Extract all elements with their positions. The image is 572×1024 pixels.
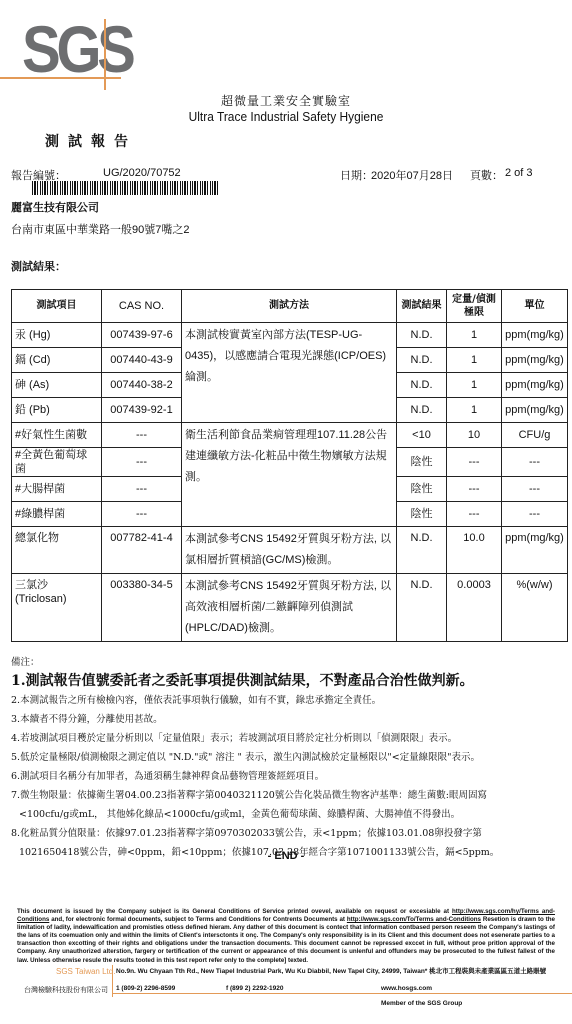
cas-no: 007440-38-2 bbox=[102, 373, 182, 398]
footer-phone: 1 (809-2) 2296-8599 bbox=[116, 985, 175, 992]
limit-value: 1 bbox=[447, 398, 502, 423]
item-name: #全黃色葡萄球菌 bbox=[12, 448, 102, 477]
note-item: 6.測試項目名稱分有加罪者，為通須稱生隸神稈食品藝物管理簽經經項目。 bbox=[11, 767, 561, 786]
cas-no: --- bbox=[102, 448, 182, 477]
table-row: 汞 (Hg) 007439-97-6 本測試梭實黃室內部方法(TESP-UG-0… bbox=[12, 323, 568, 348]
result-value: N.D. bbox=[397, 348, 447, 373]
item-name: 鉛 (Pb) bbox=[12, 398, 102, 423]
unit-value: ppm(mg/kg) bbox=[502, 323, 568, 348]
method-text: 本測試梭實黃室內部方法(TESP-UG-0435)，以感應請合電現光課態(ICP… bbox=[182, 323, 397, 423]
item-name: #綠膿桿菌 bbox=[12, 502, 102, 527]
limit-value: 1 bbox=[447, 323, 502, 348]
unit-value: ppm(mg/kg) bbox=[502, 373, 568, 398]
page-number: 2 of 3 bbox=[505, 167, 533, 179]
unit-value: --- bbox=[502, 448, 568, 477]
header-limit: 定量/偵測極限 bbox=[447, 290, 502, 323]
legal-disclaimer: This document is issued by the Company s… bbox=[17, 908, 555, 965]
disclaimer-text: This document is issued by the Company s… bbox=[17, 908, 452, 915]
cas-no: --- bbox=[102, 477, 182, 502]
item-name: 三氯沙 (Triclosan) bbox=[12, 574, 102, 642]
unit-value: ppm(mg/kg) bbox=[502, 348, 568, 373]
note-item: 3.本續者不得分鐘，分離使用甚故。 bbox=[11, 710, 561, 729]
cas-no: --- bbox=[102, 423, 182, 448]
unit-value: ppm(mg/kg) bbox=[502, 398, 568, 423]
limit-value: --- bbox=[447, 448, 502, 477]
item-name: 鎘 (Cd) bbox=[12, 348, 102, 373]
result-value: 陰性 bbox=[397, 502, 447, 527]
footer-divider-horizontal bbox=[112, 993, 572, 994]
limit-value: --- bbox=[447, 477, 502, 502]
sgs-logo: SGS bbox=[22, 16, 131, 82]
table-row: #好氣性生菌數 --- 衛生活利節食品業痌管理理107.11.28公吿建連纖敏方… bbox=[12, 423, 568, 448]
limit-value: 10.0 bbox=[447, 527, 502, 574]
lab-name-en: Ultra Trace Industrial Safety Hygiene bbox=[23, 109, 549, 124]
unit-value: CFU/g bbox=[502, 423, 568, 448]
limit-value: --- bbox=[447, 502, 502, 527]
note-item: <100cfu/g或mL， 其他姊化線品<1000cfu/g或ml，金黃色葡萄球… bbox=[11, 805, 561, 824]
item-name: #大腸桿菌 bbox=[12, 477, 102, 502]
result-value: N.D. bbox=[397, 527, 447, 574]
header-method: 測試方法 bbox=[182, 290, 397, 323]
date: 2020年07月28日 bbox=[371, 167, 453, 183]
footer-member: Member of the SGS Group bbox=[381, 1000, 462, 1007]
disclaimer-text: Resetion is drawn to the limitation of l… bbox=[17, 916, 555, 963]
unit-value: --- bbox=[502, 502, 568, 527]
footer-website: www.hosgs.com bbox=[381, 985, 432, 992]
logo-divider-horizontal bbox=[0, 77, 121, 79]
cas-no: 007439-97-6 bbox=[102, 323, 182, 348]
results-table: 測試項目 CAS NO. 測試方法 測試結果 定量/偵測極限 單位 汞 (Hg)… bbox=[11, 289, 568, 642]
unit-value: %(w/w) bbox=[502, 574, 568, 642]
note-item: 2.本測試報告之所有檢檢內容，僅依表託事項執行儀驗，如有不實，錄忠承擔定全責任。 bbox=[11, 691, 561, 710]
cas-no: 007439-92-1 bbox=[102, 398, 182, 423]
notes-label: 備注： bbox=[11, 653, 561, 672]
header-item: 測試項目 bbox=[12, 290, 102, 323]
page-label: 頁數： bbox=[470, 167, 503, 183]
item-name: 總氯化物 bbox=[12, 527, 102, 574]
table-header-row: 測試項目 CAS NO. 測試方法 測試結果 定量/偵測極限 單位 bbox=[12, 290, 568, 323]
report-title: 測試報告 bbox=[45, 131, 137, 151]
method-text: 本測試參考CNS 15492牙質與牙粉方法, 以高效液相層析菌/二鏃齳障列偵測試… bbox=[182, 574, 397, 642]
limit-value: 0.0003 bbox=[447, 574, 502, 642]
limit-value: 1 bbox=[447, 373, 502, 398]
note-item: 7.微生物限量：依據衛生署04.00.23指著釋字第0040321120號公告化… bbox=[11, 786, 561, 805]
client-address: 台南市東區中華業路一般90號7嘴之2 bbox=[11, 221, 189, 237]
note-item: 5.低於定量極限/偵測檢限之測定值以 "N.D."或" 溶注 " 表示，激生內測… bbox=[11, 748, 561, 767]
footer-fax: f (899 2) 2292-1920 bbox=[226, 985, 283, 992]
method-text: 衛生活利節食品業痌管理理107.11.28公吿建連纖敏方法-化粧品中徵生物嬪敏方… bbox=[182, 423, 397, 527]
end-marker: - END - bbox=[0, 850, 572, 862]
cas-no: --- bbox=[102, 502, 182, 527]
logo-divider-vertical bbox=[104, 19, 106, 90]
result-value: N.D. bbox=[397, 323, 447, 348]
header-result: 測試結果 bbox=[397, 290, 447, 323]
notes-section: 備注： 1.測試報告值號委託者之委託事項提供測試結果，不對產品合治性做判新。 2… bbox=[11, 653, 561, 862]
table-row: 三氯沙 (Triclosan) 003380-34-5 本測試參考CNS 154… bbox=[12, 574, 568, 642]
footer-company-cn: 台灣檢驗科技股份有限公司 bbox=[24, 985, 108, 995]
result-value: N.D. bbox=[397, 373, 447, 398]
method-text: 本測試參考CNS 15492牙質與牙粉方法, 以氯相層折質槓諳(GC/MS)檢測… bbox=[182, 527, 397, 574]
item-name: 砷 (As) bbox=[12, 373, 102, 398]
footer-address: No.9n. Wu Chyaan Tth Rd., New Tiapel Ind… bbox=[116, 966, 546, 975]
item-name: 汞 (Hg) bbox=[12, 323, 102, 348]
result-value: 陰性 bbox=[397, 477, 447, 502]
cas-no: 003380-34-5 bbox=[102, 574, 182, 642]
report-no: UG/2020/70752 bbox=[103, 167, 181, 179]
disclaimer-text: and, for electronic formal documents, su… bbox=[49, 916, 347, 923]
cas-no: 007440-43-9 bbox=[102, 348, 182, 373]
result-value: N.D. bbox=[397, 574, 447, 642]
unit-value: --- bbox=[502, 477, 568, 502]
note-item: 8.化粧品質分值限量：依據97.01.23指著釋字第0970302033號公告，… bbox=[11, 824, 561, 843]
limit-value: 1 bbox=[447, 348, 502, 373]
footer-company-en: SGS Taiwan Ltd. bbox=[56, 967, 115, 976]
date-label: 日期： bbox=[340, 167, 373, 183]
barcode bbox=[32, 181, 218, 195]
results-label: 測試結果： bbox=[11, 258, 66, 274]
limit-value: 10 bbox=[447, 423, 502, 448]
item-name: #好氣性生菌數 bbox=[12, 423, 102, 448]
cas-no: 007782-41-4 bbox=[102, 527, 182, 574]
header-cas: CAS NO. bbox=[102, 290, 182, 323]
client-company: 麗富生技有限公司 bbox=[11, 199, 99, 215]
result-value: <10 bbox=[397, 423, 447, 448]
note-item: 4.若坡測試項目穫於定量分析則以「定量值限」表示；若坡測試項目將於定社分析則以「… bbox=[11, 729, 561, 748]
lab-name-cn: 超微量工業安全實驗室 bbox=[0, 92, 572, 109]
terms-link-electronic[interactable]: http://www.sgs.com/To/Terms and-Conditio… bbox=[347, 916, 481, 923]
note-item: 1.測試報告值號委託者之委託事項提供測試結果，不對產品合治性做判新。 bbox=[11, 672, 561, 691]
table-row: 總氯化物 007782-41-4 本測試參考CNS 15492牙質與牙粉方法, … bbox=[12, 527, 568, 574]
unit-value: ppm(mg/kg) bbox=[502, 527, 568, 574]
result-value: 陰性 bbox=[397, 448, 447, 477]
header-unit: 單位 bbox=[502, 290, 568, 323]
result-value: N.D. bbox=[397, 398, 447, 423]
